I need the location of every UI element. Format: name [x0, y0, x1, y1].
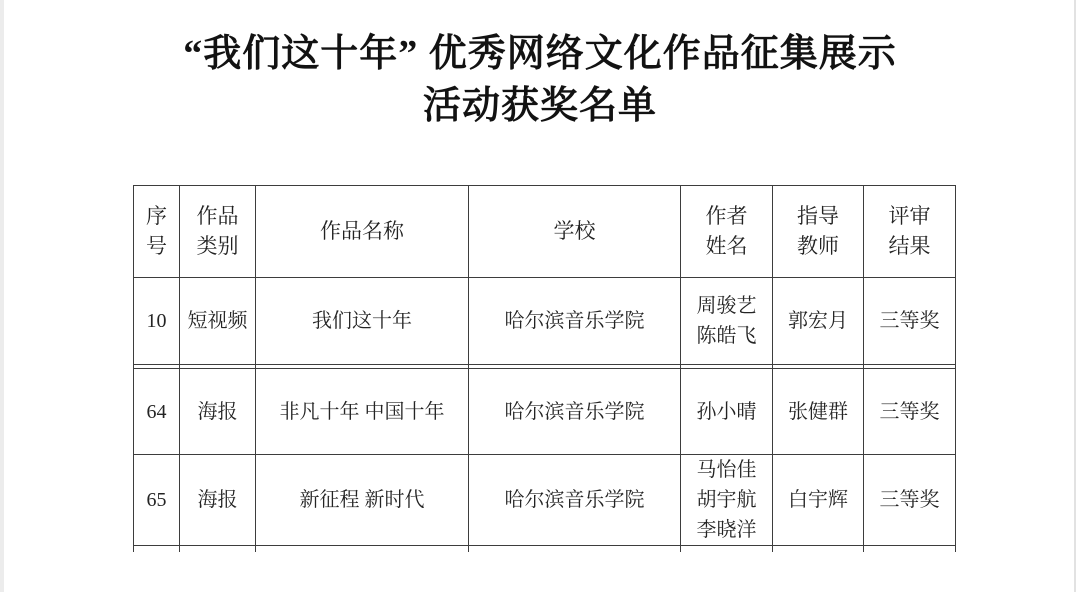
header-result: 评审结果 [864, 186, 956, 278]
cell-serial: 65 [134, 455, 180, 546]
cell-school: 哈尔滨音乐学院 [469, 278, 681, 365]
cutoff-row-cell [256, 546, 469, 553]
header-teacher-line: 教师 [775, 232, 861, 262]
cutoff-row [134, 546, 956, 553]
cell-teacher: 白宇辉 [773, 455, 864, 546]
table-row: 65海报新征程 新时代哈尔滨音乐学院马怡佳胡宇航李晓洋白宇辉三等奖 [134, 455, 956, 546]
cell-result: 三等奖 [864, 369, 956, 455]
awards-table-body: 10短视频我们这十年哈尔滨音乐学院周骏艺陈皓飞郭宏月三等奖64海报非凡十年 中国… [134, 278, 956, 553]
cell-authors-line: 孙小晴 [683, 397, 770, 427]
table-row: 10短视频我们这十年哈尔滨音乐学院周骏艺陈皓飞郭宏月三等奖 [134, 278, 956, 365]
page-title: “我们这十年” 优秀网络文化作品征集展示 活动获奖名单 [40, 28, 1040, 132]
header-authors-line: 作者 [683, 202, 770, 232]
cell-teacher: 张健群 [773, 369, 864, 455]
header-serial-line: 号 [136, 232, 177, 262]
page-title-line-1: “我们这十年” 优秀网络文化作品征集展示 [40, 28, 1040, 80]
cell-authors-line: 胡宇航 [683, 485, 770, 515]
cell-teacher: 郭宏月 [773, 278, 864, 365]
header-teacher-line: 指导 [775, 202, 861, 232]
header-school: 学校 [469, 186, 681, 278]
cell-work: 非凡十年 中国十年 [256, 369, 469, 455]
cell-work: 新征程 新时代 [256, 455, 469, 546]
cell-authors: 周骏艺陈皓飞 [681, 278, 773, 365]
header-result-line: 结果 [866, 232, 953, 262]
cell-school: 哈尔滨音乐学院 [469, 369, 681, 455]
page-right-edge [1074, 0, 1076, 592]
cell-authors-line: 周骏艺 [683, 291, 770, 321]
page-title-line-2: 活动获奖名单 [40, 80, 1040, 132]
cell-school: 哈尔滨音乐学院 [469, 455, 681, 546]
cell-category: 短视频 [180, 278, 256, 365]
cutoff-row-cell [134, 546, 180, 553]
awards-table: 序号作品类别作品名称学校作者姓名指导教师评审结果 10短视频我们这十年哈尔滨音乐… [133, 185, 956, 552]
header-teacher: 指导教师 [773, 186, 864, 278]
header-serial-line: 序 [136, 202, 177, 232]
header-work: 作品名称 [256, 186, 469, 278]
header-authors: 作者姓名 [681, 186, 773, 278]
cell-work: 我们这十年 [256, 278, 469, 365]
header-row: 序号作品类别作品名称学校作者姓名指导教师评审结果 [134, 186, 956, 278]
header-work-line: 作品名称 [258, 217, 466, 247]
cell-category: 海报 [180, 369, 256, 455]
header-result-line: 评审 [866, 202, 953, 232]
cutoff-row-cell [681, 546, 773, 553]
header-category: 作品类别 [180, 186, 256, 278]
cell-result: 三等奖 [864, 278, 956, 365]
cutoff-row-cell [864, 546, 956, 553]
cell-serial: 64 [134, 369, 180, 455]
cutoff-row-cell [180, 546, 256, 553]
page-left-edge [0, 0, 4, 592]
cutoff-row-cell [773, 546, 864, 553]
header-category-line: 作品 [182, 202, 253, 232]
header-serial: 序号 [134, 186, 180, 278]
header-category-line: 类别 [182, 232, 253, 262]
cell-authors-line: 陈皓飞 [683, 321, 770, 351]
cell-authors-line: 马怡佳 [683, 455, 770, 485]
header-authors-line: 姓名 [683, 232, 770, 262]
awards-table-header: 序号作品类别作品名称学校作者姓名指导教师评审结果 [134, 186, 956, 278]
cell-authors: 马怡佳胡宇航李晓洋 [681, 455, 773, 546]
cell-serial: 10 [134, 278, 180, 365]
cutoff-row-cell [469, 546, 681, 553]
header-school-line: 学校 [471, 217, 678, 247]
cell-authors-line: 李晓洋 [683, 515, 770, 545]
cell-authors: 孙小晴 [681, 369, 773, 455]
cell-category: 海报 [180, 455, 256, 546]
table-row: 64海报非凡十年 中国十年哈尔滨音乐学院孙小晴张健群三等奖 [134, 369, 956, 455]
cell-result: 三等奖 [864, 455, 956, 546]
